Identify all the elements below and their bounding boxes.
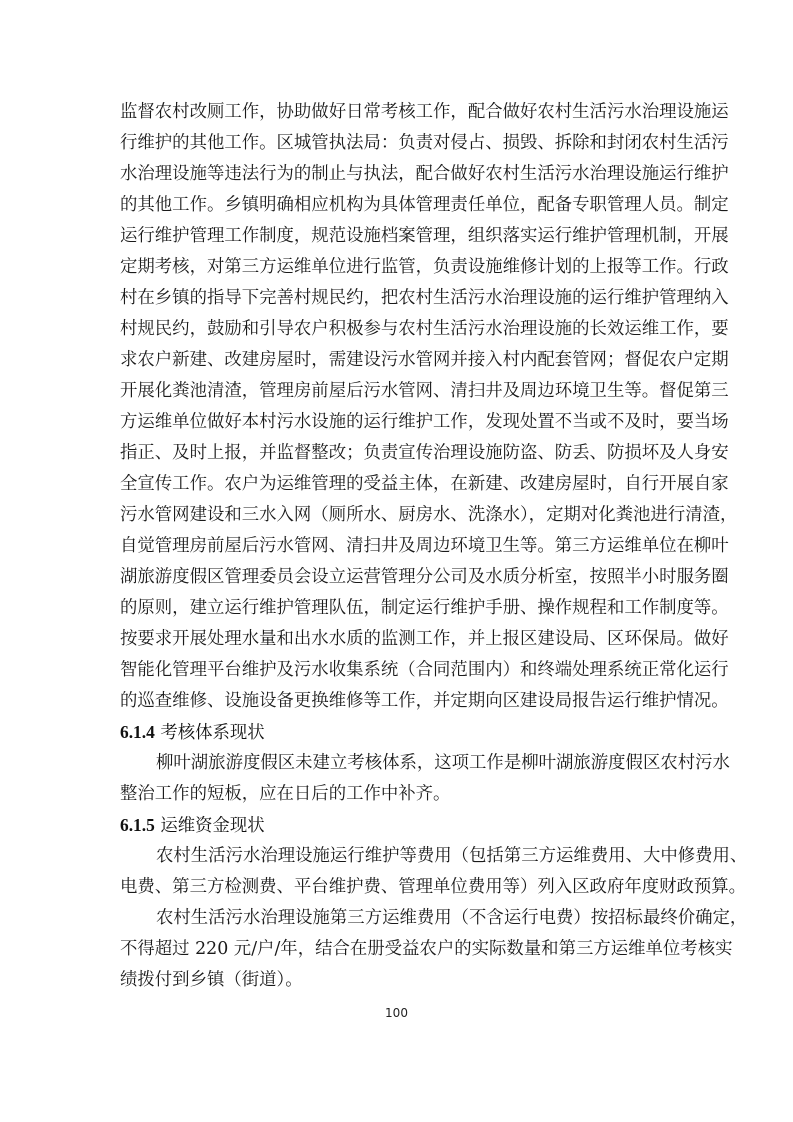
text-line: 运行维护管理工作制度，规范设施档案管理，组织落实运行维护管理机制，开展 [120, 221, 673, 252]
section-number: 6.1.4 [120, 722, 155, 742]
text-line: 自觉管理房前屋后污水管网、清扫井及周边环境卫生等。第三方运维单位在柳叶 [120, 531, 673, 562]
text-line: 智能化管理平台维护及污水收集系统（合同范围内）和终端处理系统正常化运行 [120, 655, 673, 686]
text-line: 的其他工作。乡镇明确相应机构为具体管理责任单位，配备专职管理人员。制定 [120, 190, 673, 221]
text-line: 农村生活污水治理设施运行维护等费用（包括第三方运维费用、大中修费用、 [120, 841, 673, 872]
text-line: 不得超过 220 元/户/年，结合在册受益农户的实际数量和第三方运维单位考核实 [120, 934, 673, 965]
text-line: 求农户新建、改建房屋时，需建设污水管网并接入村内配套管网；督促农户定期 [120, 345, 673, 376]
text-line: 全宣传工作。农户为运维管理的受益主体，在新建、改建房屋时，自行开展自家 [120, 469, 673, 500]
text-line: 绩拨付到乡镇（街道）。 [120, 965, 673, 996]
document-page: 监督农村改厕工作，协助做好日常考核工作，配合做好农村生活污水治理设施运 行维护的… [0, 0, 793, 1122]
paragraph-assessment: 柳叶湖旅游度假区未建立考核体系，这项工作是柳叶湖旅游度假区农村污水 整治工作的短… [120, 748, 673, 810]
text-line: 电费、第三方检测费、平台维护费、管理单位费用等）列入区政府年度财政预算。 [120, 872, 673, 903]
text-line: 定期考核，对第三方运维单位进行监管，负责设施维修计划的上报等工作。行政 [120, 252, 673, 283]
text-line: 开展化粪池清渣，管理房前屋后污水管网、清扫井及周边环境卫生等。督促第三 [120, 376, 673, 407]
text-line: 农村生活污水治理设施第三方运维费用（不含运行电费）按招标最终价确定， [120, 903, 673, 934]
section-number: 6.1.5 [120, 815, 155, 835]
paragraph-continued: 监督农村改厕工作，协助做好日常考核工作，配合做好农村生活污水治理设施运 行维护的… [120, 97, 673, 717]
text-line: 湖旅游度假区管理委员会设立运营管理分公司及水质分析室，按照半小时服务圈 [120, 562, 673, 593]
section-heading-6-1-5: 6.1.5 运维资金现状 [120, 810, 673, 841]
section-heading-6-1-4: 6.1.4 考核体系现状 [120, 717, 673, 748]
text-line: 指正、及时上报，并监督整改；负责宣传治理设施防盗、防丢、防损坏及人身安 [120, 438, 673, 469]
text-line: 方运维单位做好本村污水设施的运行维护工作，发现处置不当或不及时，要当场 [120, 407, 673, 438]
section-title: 考核体系现状 [160, 723, 264, 743]
text-line: 污水管网建设和三水入网（厕所水、厨房水、洗涤水），定期对化粪池进行清渣， [120, 500, 673, 531]
page-number: 100 [0, 1006, 793, 1020]
text-line: 的巡查维修、设施设备更换维修等工作，并定期向区建设局报告运行维护情况。 [120, 686, 673, 717]
text-line: 水治理设施等违法行为的制止与执法，配合做好农村生活污水治理设施运行维护 [120, 159, 673, 190]
text-line: 柳叶湖旅游度假区未建立考核体系，这项工作是柳叶湖旅游度假区农村污水 [120, 748, 673, 779]
text-line: 按要求开展处理水量和出水水质的监测工作，并上报区建设局、区环保局。做好 [120, 624, 673, 655]
page-content: 监督农村改厕工作，协助做好日常考核工作，配合做好农村生活污水治理设施运 行维护的… [120, 97, 673, 996]
text-line: 监督农村改厕工作，协助做好日常考核工作，配合做好农村生活污水治理设施运 [120, 97, 673, 128]
section-title: 运维资金现状 [160, 816, 264, 836]
text-line: 行维护的其他工作。区城管执法局：负责对侵占、损毁、拆除和封闭农村生活污 [120, 128, 673, 159]
paragraph-funding-budget: 农村生活污水治理设施运行维护等费用（包括第三方运维费用、大中修费用、 电费、第三… [120, 841, 673, 903]
text-line: 整治工作的短板，应在日后的工作中补齐。 [120, 779, 673, 810]
text-line: 的原则，建立运行维护管理队伍，制定运行维护手册、操作规程和工作制度等。 [120, 593, 673, 624]
text-line: 村在乡镇的指导下完善村规民约，把农村生活污水治理设施的运行维护管理纳入 [120, 283, 673, 314]
text-line: 村规民约，鼓励和引导农户积极参与农村生活污水治理设施的长效运维工作，要 [120, 314, 673, 345]
paragraph-funding-fee: 农村生活污水治理设施第三方运维费用（不含运行电费）按招标最终价确定， 不得超过 … [120, 903, 673, 996]
